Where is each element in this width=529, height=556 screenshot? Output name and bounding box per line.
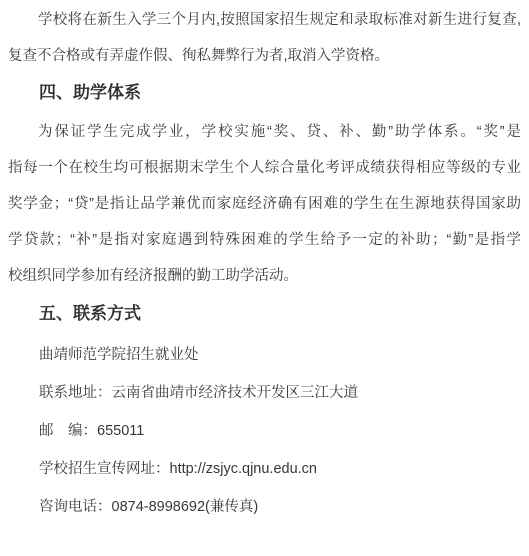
contact-address-line: 联系地址：云南省曲靖市经济技术开发区三江大道 (8, 374, 521, 412)
para-recheck-line-1: 学校将在新生入学三个月内,按照国家招生规定和录取标准对新生进行复查, (8, 2, 521, 38)
section-heading-contact: 五、联系方式 (8, 296, 521, 332)
section-heading-aid-system: 四、助学体系 (8, 75, 521, 111)
para-aid-line-5: 校组织同学参加有经济报酬的勤工助学活动。 (8, 258, 521, 294)
contact-postcode-line: 邮 编：655011 (8, 412, 521, 450)
para-aid-line-2: 指每一个在校生均可根据期末学生个人综合量化考评成绩获得相应等级的专业 (8, 150, 521, 186)
para-aid-line-3: 奖学金；“贷”是指让品学兼优而家庭经济确有困难的学生在生源地获得国家助 (8, 186, 521, 222)
contact-office-line: 曲靖师范学院招生就业处 (8, 336, 521, 374)
para-aid-line-1: 为保证学生完成学业，学校实施“奖、贷、补、勤”助学体系。“奖”是 (8, 114, 521, 150)
para-aid-line-4: 学贷款；“补”是指对家庭遇到特殊困难的学生给予一定的补助；“勤”是指学 (8, 222, 521, 258)
para-recheck-line-2: 复查不合格或有弄虚作假、徇私舞弊行为者,取消入学资格。 (8, 38, 521, 74)
document-page: 学校将在新生入学三个月内,按照国家招生规定和录取标准对新生进行复查, 复查不合格… (0, 0, 529, 556)
contact-phone-line: 咨询电话：0874-8998692(兼传真) (8, 488, 521, 526)
contact-website-line: 学校招生宣传网址：http://zsjyc.qjnu.edu.cn (8, 450, 521, 488)
